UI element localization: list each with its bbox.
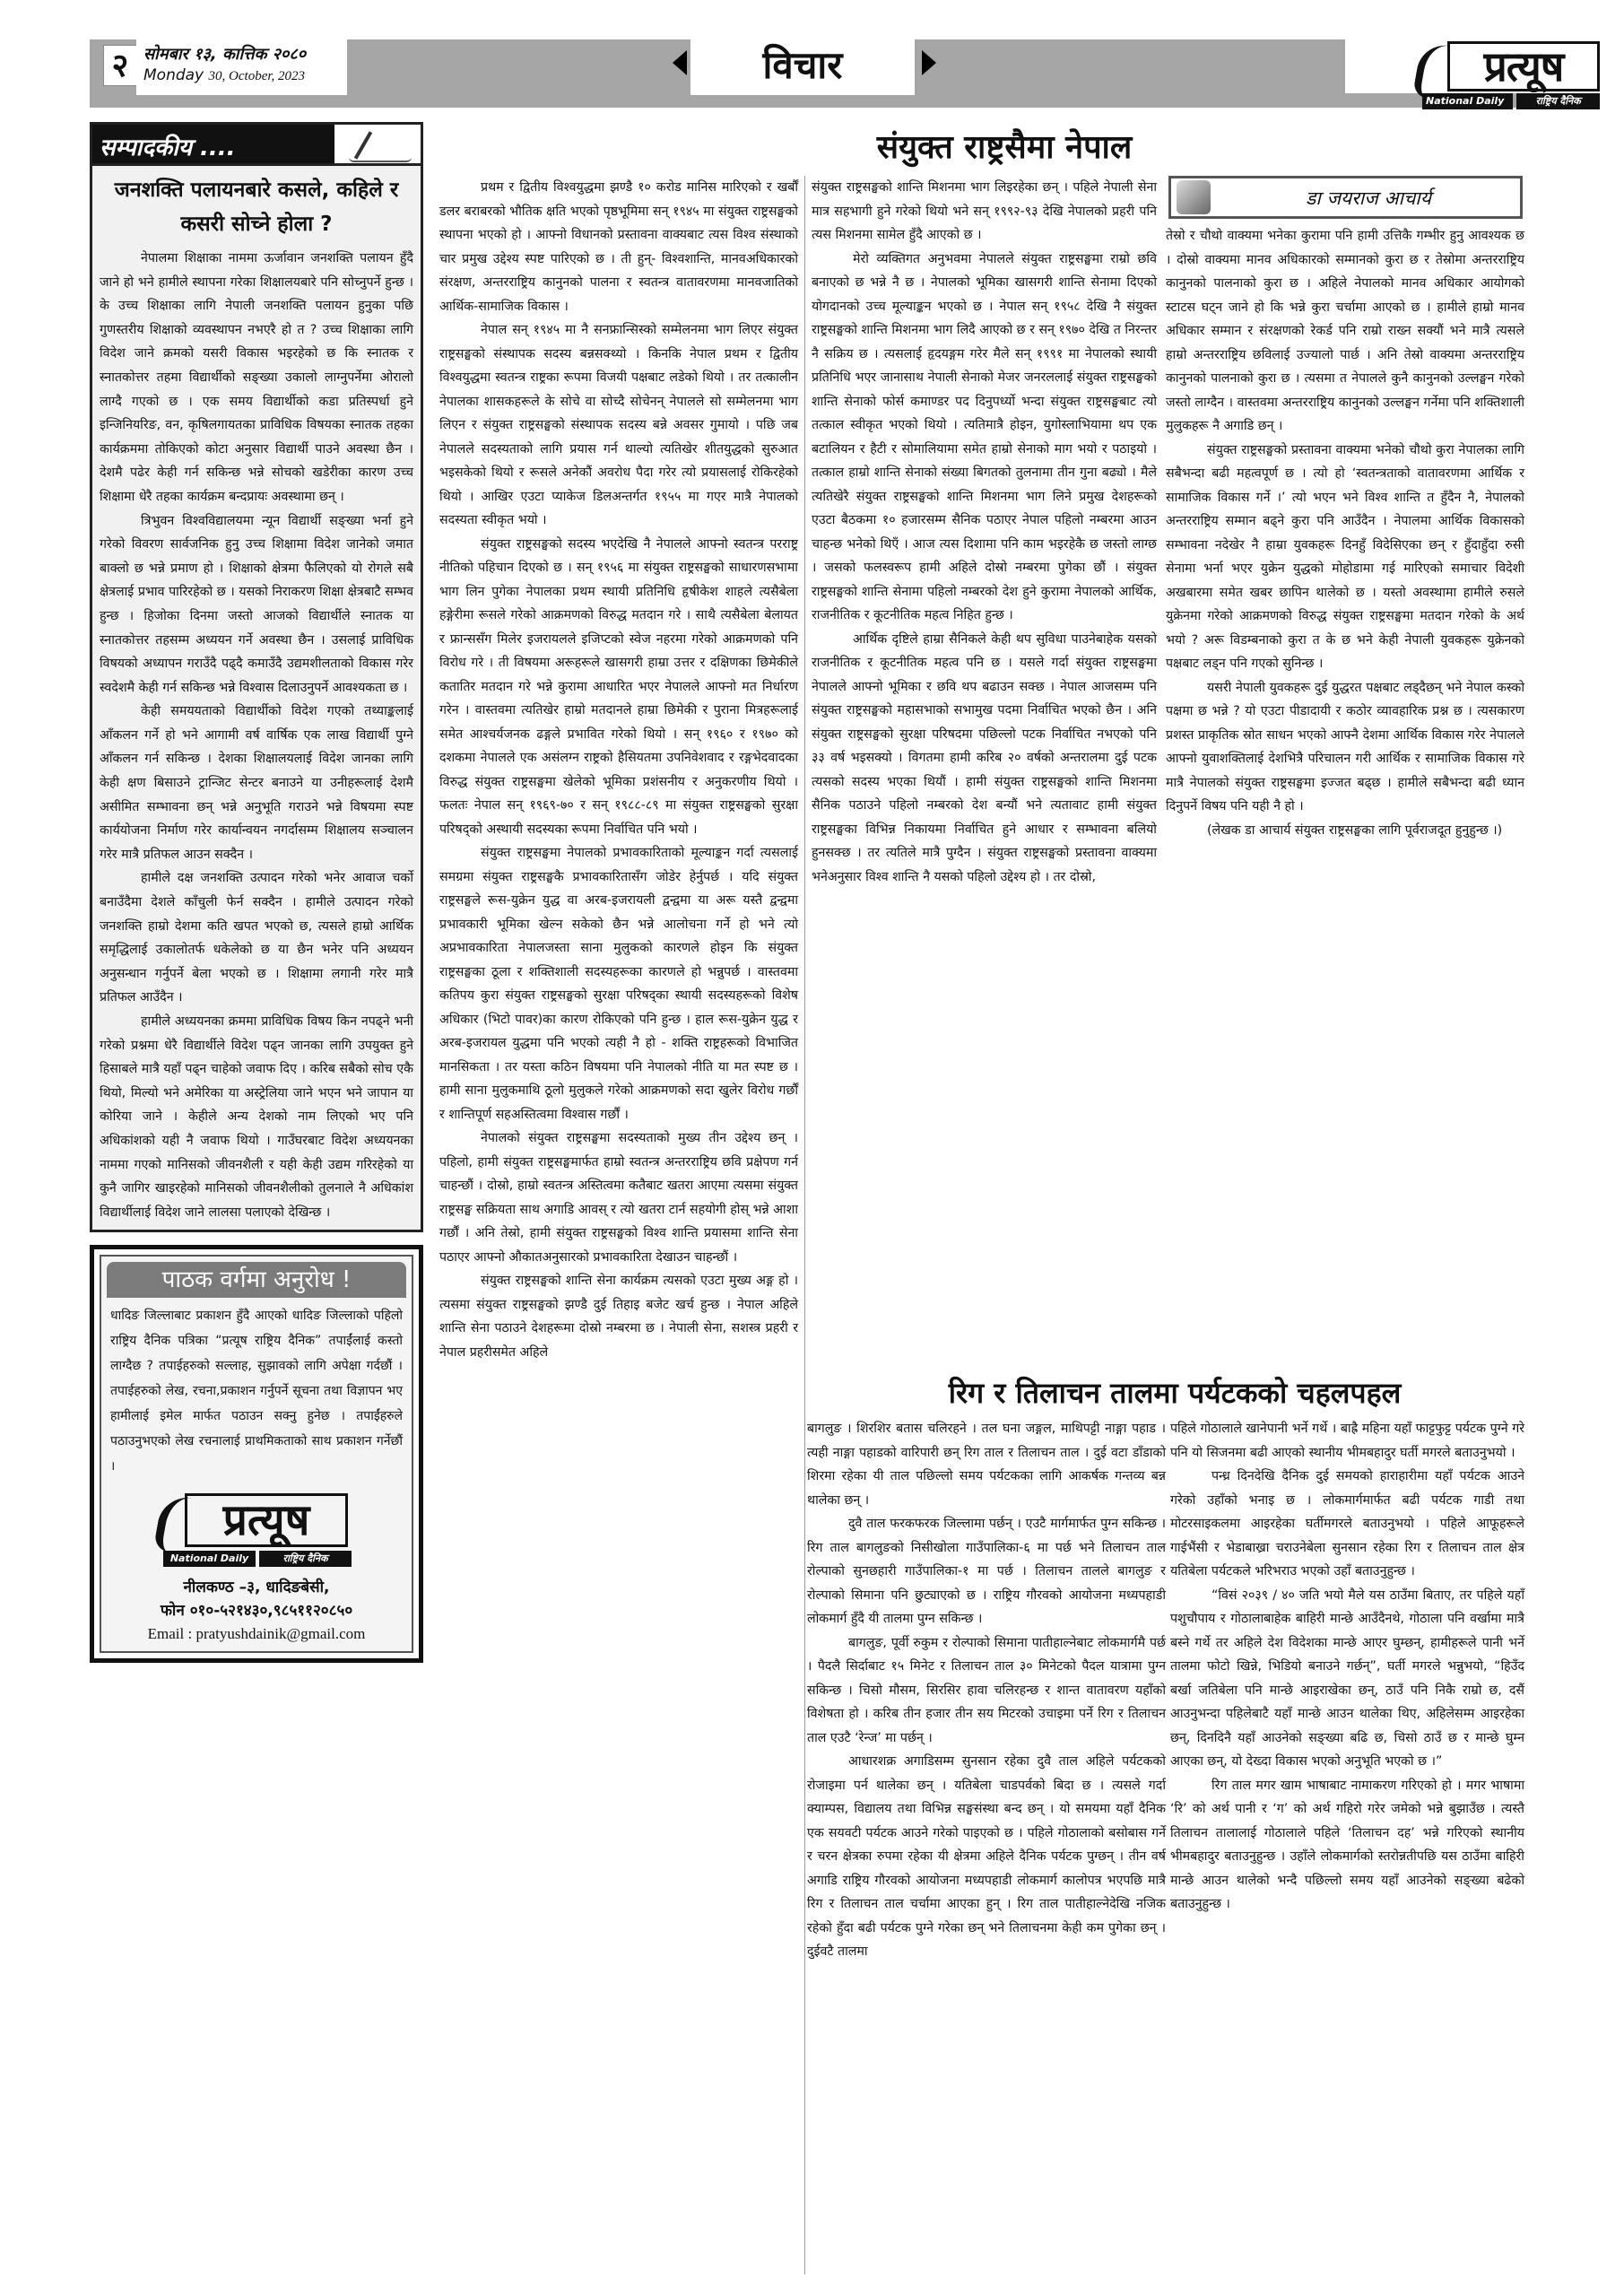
date-en-value: 30, October, 2023 (209, 69, 306, 83)
pen-icon (334, 125, 421, 163)
logo-tag-en: National Daily (1422, 93, 1513, 109)
logo-wordmark: प्रत्यूष (1447, 41, 1600, 91)
article-paragraph: बागलुङ, पूर्वी रुकुम र रोल्पाको सिमाना प… (807, 1631, 1166, 1751)
article-paragraph: प्रथम र द्वितीय विश्वयुद्धमा झण्डै १० कर… (439, 176, 798, 318)
author-name: डा जयराज आचार्य (1225, 178, 1512, 218)
editorial-paragraph: केही समययताको विद्यार्थीको विदेश गएको तथ… (100, 700, 413, 866)
feather-icon (1412, 41, 1450, 101)
article-paragraph: यसरी नेपाली युवकहरू दुई युद्धरत पक्षबाट … (1166, 676, 1524, 819)
reader-logo-tag-en: National Daily (163, 1551, 256, 1567)
author-box: डा जयराज आचार्य (1168, 176, 1523, 219)
article-paragraph: दुवै ताल फरकफरक जिल्लामा पर्छन् । एउटै म… (807, 1512, 1166, 1631)
article-paragraph: नेपाल सन् १९४५ मा नै सनफ्रान्सिस्को सम्म… (439, 318, 798, 533)
article2-column-2: पहिले गोठालाले खानेपानी भर्ने गर्थे । बा… (1170, 1417, 1524, 1917)
reader-logo-wordmark: प्रत्यूष (185, 1493, 348, 1547)
editorial-title: जनशक्ति पलायनबारे कसले, कहिले र कसरी सोच… (92, 166, 421, 247)
date-english: Monday 30, October, 2023 (143, 66, 340, 84)
next-section-arrow-icon[interactable] (922, 50, 936, 75)
masthead: २ सोमबार १३, कात्तिक २०८० Monday 30, Oct… (90, 39, 1542, 111)
reader-request-text: धादिङ जिल्लाबाट प्रकाशन हुँदै आएको धादिङ… (101, 1298, 412, 1484)
phone: फोन ०१०-५२१४३०,९८५११२०८५० (101, 1599, 412, 1622)
article-paragraph: संयुक्त राष्ट्रसङ्घको सदस्य भएदेखि नै ने… (439, 533, 798, 842)
email-link[interactable]: Email : pratyushdainik@gmail.com (101, 1622, 412, 1651)
logo-tag-np: राष्ट्रिय दैनिक (1516, 93, 1600, 109)
article-paragraph: संयुक्त राष्ट्रसङ्घको प्रस्तावना वाक्यमा… (1166, 439, 1524, 676)
column-divider (804, 176, 805, 2274)
article1-column-2: संयुक्त राष्ट्रसङ्घको शान्ति मिशनमा भाग … (812, 176, 1157, 889)
article2-column-1: बागलुङ । शिरशिर बतास चलिरहने । तल घना जङ… (807, 1417, 1166, 1964)
article-paragraph: नेपालको संयुक्त राष्ट्रसङ्घमा सदस्यताको … (439, 1126, 798, 1269)
editorial-label: सम्पादकीय .... (92, 125, 334, 163)
writing-hand-icon (1177, 180, 1211, 214)
article-paragraph: पहिले गोठालाले खानेपानी भर्ने गर्थे । बा… (1170, 1417, 1524, 1465)
article1-title: संयुक्त राष्ट्रसैमा नेपाल (834, 126, 1175, 170)
article-paragraph: आधारशक्र अगाडिसम्म सुनसान रहेका दुवै ताल… (807, 1750, 1166, 1964)
editorial-paragraph: हामीले अध्ययनका क्रममा प्राविधिक विषय कि… (100, 1010, 413, 1224)
editorial-header: सम्पादकीय .... (92, 125, 421, 166)
reader-logo-tag-np: राष्ट्रिय दैनिक (259, 1551, 352, 1567)
section-title: विचार (690, 39, 915, 95)
logo-tagline: National Daily राष्ट्रिय दैनिक (1422, 93, 1600, 109)
editorial-body: नेपालमा शिक्षाका नाममा ऊर्जावान जनशक्ति … (92, 247, 421, 1230)
reader-logo-tagline: National Daily राष्ट्रिय दैनिक (163, 1551, 352, 1567)
reader-logo: प्रत्यूष National Daily राष्ट्रिय दैनिक (158, 1493, 355, 1569)
weekday: Monday (143, 66, 204, 84)
author-note: (लेखक डा आचार्य संयुक्त राष्ट्रसङ्घका ला… (1166, 819, 1524, 843)
editorial-paragraph: नेपालमा शिक्षाका नाममा ऊर्जावान जनशक्ति … (100, 247, 413, 509)
address: नीलकण्ठ –३, धादिङबेसी, (101, 1576, 412, 1599)
prev-section-arrow-icon[interactable] (673, 50, 687, 75)
article-paragraph: रिग ताल मगर खाम भाषाबाट नामाकरण गरिएको ह… (1170, 1774, 1524, 1917)
newspaper-logo: प्रत्यूष National Daily राष्ट्रिय दैनिक (1417, 39, 1605, 109)
editorial-paragraph: त्रिभुवन विश्वविद्यालयमा न्यून विद्यार्थ… (100, 509, 413, 700)
article-paragraph: संयुक्त राष्ट्रसङ्घमा नेपालको प्रभावकारि… (439, 841, 798, 1126)
article-paragraph: संयुक्त राष्ट्रसङ्घको शान्ति मिशनमा भाग … (812, 176, 1157, 248)
reader-request-inner: पाठक वर्गमा अनुरोध ! धादिङ जिल्लाबाट प्र… (100, 1255, 413, 1653)
editorial-paragraph: हामीले दक्ष जनशक्ति उत्पादन गरेको भनेर आ… (100, 866, 413, 1010)
article-paragraph: पन्ध्र दिनदेखि दैनिक दुई समयको हाराहारीम… (1170, 1465, 1524, 1584)
article1-column-3: तेस्रो र चौथो वाक्यमा भनेका कुरामा पनि ह… (1166, 224, 1524, 842)
article1-column-1: प्रथम र द्वितीय विश्वयुद्धमा झण्डै १० कर… (439, 176, 798, 1364)
article-paragraph: तेस्रो र चौथो वाक्यमा भनेका कुरामा पनि ह… (1166, 224, 1524, 439)
article2-title: रिग र तिलाचन तालमा पर्यटकको चहलपहल (807, 1372, 1542, 1413)
article-paragraph: आर्थिक दृष्टिले हाम्रा सैनिकले केही थप स… (812, 628, 1157, 890)
article-paragraph: “विसं २०३९ / ४० जति भयो मैले यस ठाउँमा ब… (1170, 1584, 1524, 1774)
date-box: सोमबार १३, कात्तिक २०८० Monday 30, Octob… (136, 39, 347, 95)
page-number: २ (103, 45, 137, 86)
reader-request-box: पाठक वर्गमा अनुरोध ! धादिङ जिल्लाबाट प्र… (90, 1245, 423, 1663)
date-nepali: सोमबार १३, कात्तिक २०८० (143, 43, 340, 65)
article-paragraph: बागलुङ । शिरशिर बतास चलिरहने । तल घना जङ… (807, 1417, 1166, 1512)
article-paragraph: संयुक्त राष्ट्रसङ्घको शान्ति सेना कार्यक… (439, 1269, 798, 1364)
left-column: सम्पादकीय .... जनशक्ति पलायनबारे कसले, क… (90, 122, 423, 1663)
reader-request-title: पाठक वर्गमा अनुरोध ! (107, 1262, 406, 1298)
article-paragraph: मेरो व्यक्तिगत अनुभवमा नेपालले संयुक्त र… (812, 248, 1157, 628)
editorial-box: सम्पादकीय .... जनशक्ति पलायनबारे कसले, क… (90, 122, 423, 1232)
